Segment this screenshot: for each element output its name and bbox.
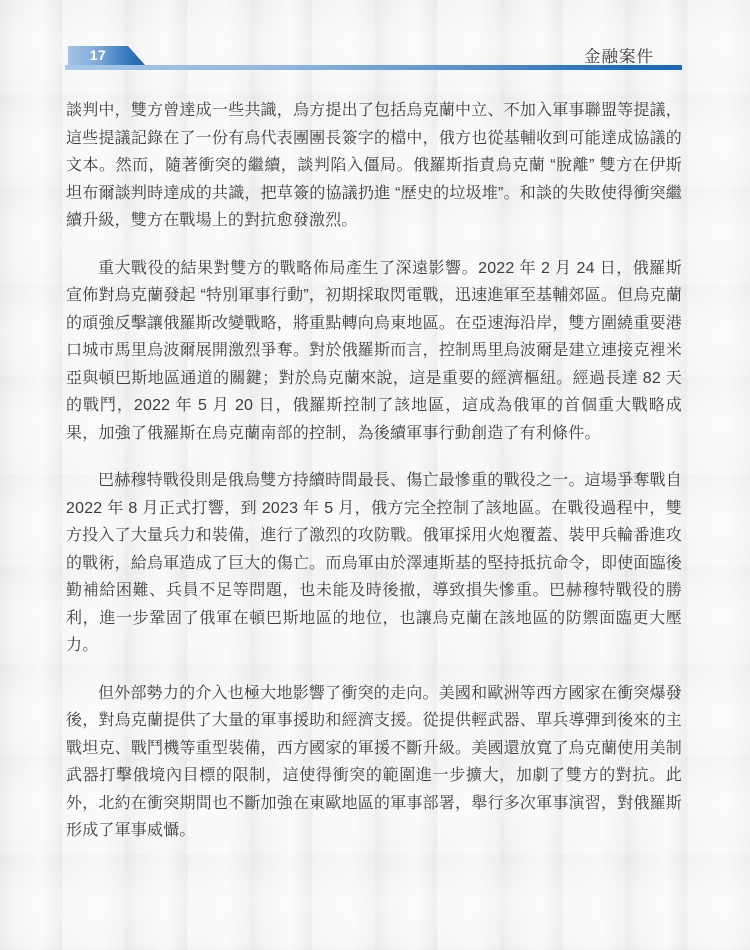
page-number-badge: 17 (68, 46, 145, 65)
paragraph: 但外部勢力的介入也極大地影響了衝突的走向。美國和歐洲等西方國家在衝突爆發後，對烏… (66, 680, 682, 845)
paragraph: 巴赫穆特戰役則是俄烏雙方持續時間最長、傷亡最慘重的戰役之一。這場爭奪戰自 202… (66, 467, 682, 660)
document-page: { "header": { "page_number": "17", "sect… (0, 0, 750, 950)
paragraph: 談判中，雙方曾達成一些共識，烏方提出了包括烏克蘭中立、不加入軍事聯盟等提議，這些… (66, 97, 682, 235)
content-area: 談判中，雙方曾達成一些共識，烏方提出了包括烏克蘭中立、不加入軍事聯盟等提議，這些… (66, 97, 682, 845)
page-number: 17 (68, 46, 128, 65)
header-section-title: 金融案件 (584, 43, 654, 67)
paragraph: 重大戰役的結果對雙方的戰略佈局產生了深遠影響。2022 年 2 月 24 日，俄… (66, 255, 682, 448)
header-rule (65, 65, 682, 70)
